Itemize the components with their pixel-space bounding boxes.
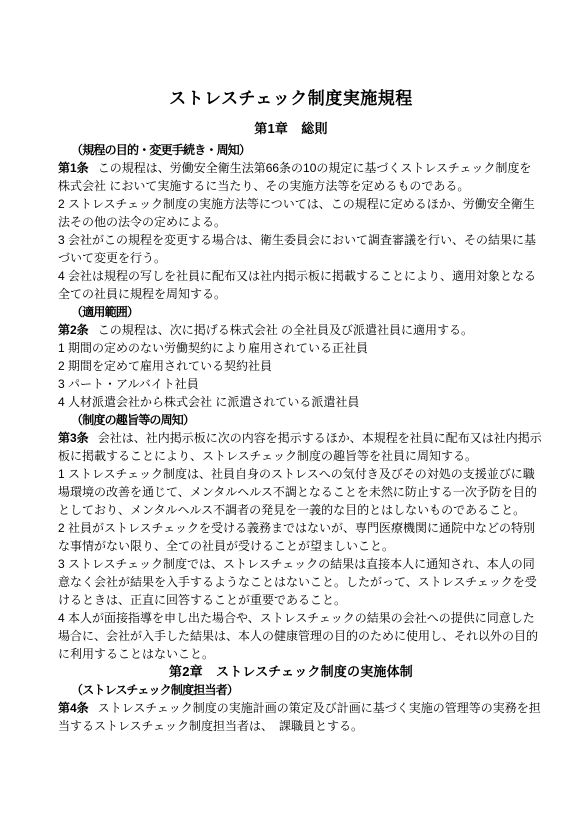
article-number: 第3条 (58, 431, 89, 445)
paragraph-line: 2 期間を定めて雇用されている契約社員 (58, 357, 524, 375)
paragraph-line: 1 ストレスチェック制度は、社員自身のストレスへの気付き及びその対処の支援並びに… (58, 465, 524, 483)
paragraph-line: 法その他の法令の定めによる。 (58, 213, 524, 231)
article-first-line: 第2条この規程は、次に掲げる株式会社 の全社員及び派遣社員に適用する。 (58, 321, 524, 339)
article-number: 第1条 (58, 161, 89, 175)
paragraph-line: 3 パート・アルバイト社員 (58, 375, 524, 393)
paragraph-line: 4 人材派遣会社から株式会社 に派遣されている派遣社員 (58, 393, 524, 411)
article-text: この規程は、労働安全衛生法第66条の10の規定に基づくストレスチェック制度を (98, 161, 532, 175)
paragraph-line: な事情がない限り、全ての社員が受けることが望ましいこと。 (58, 537, 524, 555)
chapter-heading: 第1章 総則 (58, 120, 524, 138)
paragraph-line: 場環境の改善を通じて、メンタルヘルス不調となることを未然に防止する一次予防を目的 (58, 483, 524, 501)
article-line: 株式会社 において実施するに当たり、その実施方法等を定めるものである。 (58, 177, 524, 195)
article-number: 第2条 (58, 323, 89, 337)
paragraph-line: 3 会社がこの規程を変更する場合は、衛生委員会において調査審議を行い、その結果に… (58, 231, 524, 249)
article-first-line: 第3条会社は、社内掲示板に次の内容を掲示するほか、本規程を社員に配布又は社内掲示 (58, 429, 524, 447)
paragraph-line: に利用することはないこと。 (58, 645, 524, 663)
section-heading: （適用範囲） (58, 303, 524, 321)
document-body: 第1章 総則（規程の目的・変更手続き・周知）第1条この規程は、労働安全衛生法第6… (58, 120, 524, 735)
article-text: ストレスチェック制度の実施計画の策定及び計画に基づく実施の管理等の実務を担 (98, 701, 541, 715)
article-line: 当するストレスチェック制度担当者は、 課職員とする。 (58, 717, 524, 735)
paragraph-line: 2 ストレスチェック制度の実施方法等については、この規程に定めるほか、労働安全衛… (58, 195, 524, 213)
paragraph-line: 1 期間の定めのない労働契約により雇用されている正社員 (58, 339, 524, 357)
article-text: 会社は、社内掲示板に次の内容を掲示するほか、本規程を社員に配布又は社内掲示 (98, 431, 542, 445)
paragraph-line: 3 ストレスチェック制度では、ストレスチェックの結果は直接本人に通知され、本人の… (58, 555, 524, 573)
chapter-heading: 第2章 ストレスチェック制度の実施体制 (58, 663, 524, 681)
article-line: 板に掲載することにより、ストレスチェック制度の趣旨等を社員に周知する。 (58, 447, 524, 465)
paragraph-line: 意なく会社が結果を入手するようなことはないこと。したがって、ストレスチェックを受 (58, 573, 524, 591)
section-heading: （ストレスチェック制度担当者） (58, 681, 524, 699)
article-first-line: 第4条ストレスチェック制度の実施計画の策定及び計画に基づく実施の管理等の実務を担 (58, 699, 524, 717)
paragraph-line: としており、メンタルヘルス不調者の発見を一義的な目的とはしないものであること。 (58, 501, 524, 519)
paragraph-line: づいて変更を行う。 (58, 249, 524, 267)
document-title: ストレスチェック制度実施規程 (58, 88, 524, 110)
paragraph-line: 全ての社員に規程を周知する。 (58, 285, 524, 303)
paragraph-line: 場合に、会社が入手した結果は、本人の健康管理の目的のために使用し、それ以外の目的 (58, 627, 524, 645)
paragraph-line: けるときは、正直に回答することが重要であること。 (58, 591, 524, 609)
section-heading: （制度の趣旨等の周知） (58, 411, 524, 429)
article-number: 第4条 (58, 701, 89, 715)
document-page: ストレスチェック制度実施規程 第1章 総則（規程の目的・変更手続き・周知）第1条… (0, 0, 582, 822)
paragraph-line: 4 会社は規程の写しを社員に配布又は社内掲示板に掲載することにより、適用対象とな… (58, 267, 524, 285)
paragraph-line: 4 本人が面接指導を申し出た場合や、ストレスチェックの結果の会社への提供に同意し… (58, 609, 524, 627)
article-first-line: 第1条この規程は、労働安全衛生法第66条の10の規定に基づくストレスチェック制度… (58, 159, 524, 177)
article-text: この規程は、次に掲げる株式会社 の全社員及び派遣社員に適用する。 (98, 323, 473, 337)
paragraph-line: 2 社員がストレスチェックを受ける義務まではないが、専門医療機関に通院中などの特… (58, 519, 524, 537)
section-heading: （規程の目的・変更手続き・周知） (58, 141, 524, 159)
